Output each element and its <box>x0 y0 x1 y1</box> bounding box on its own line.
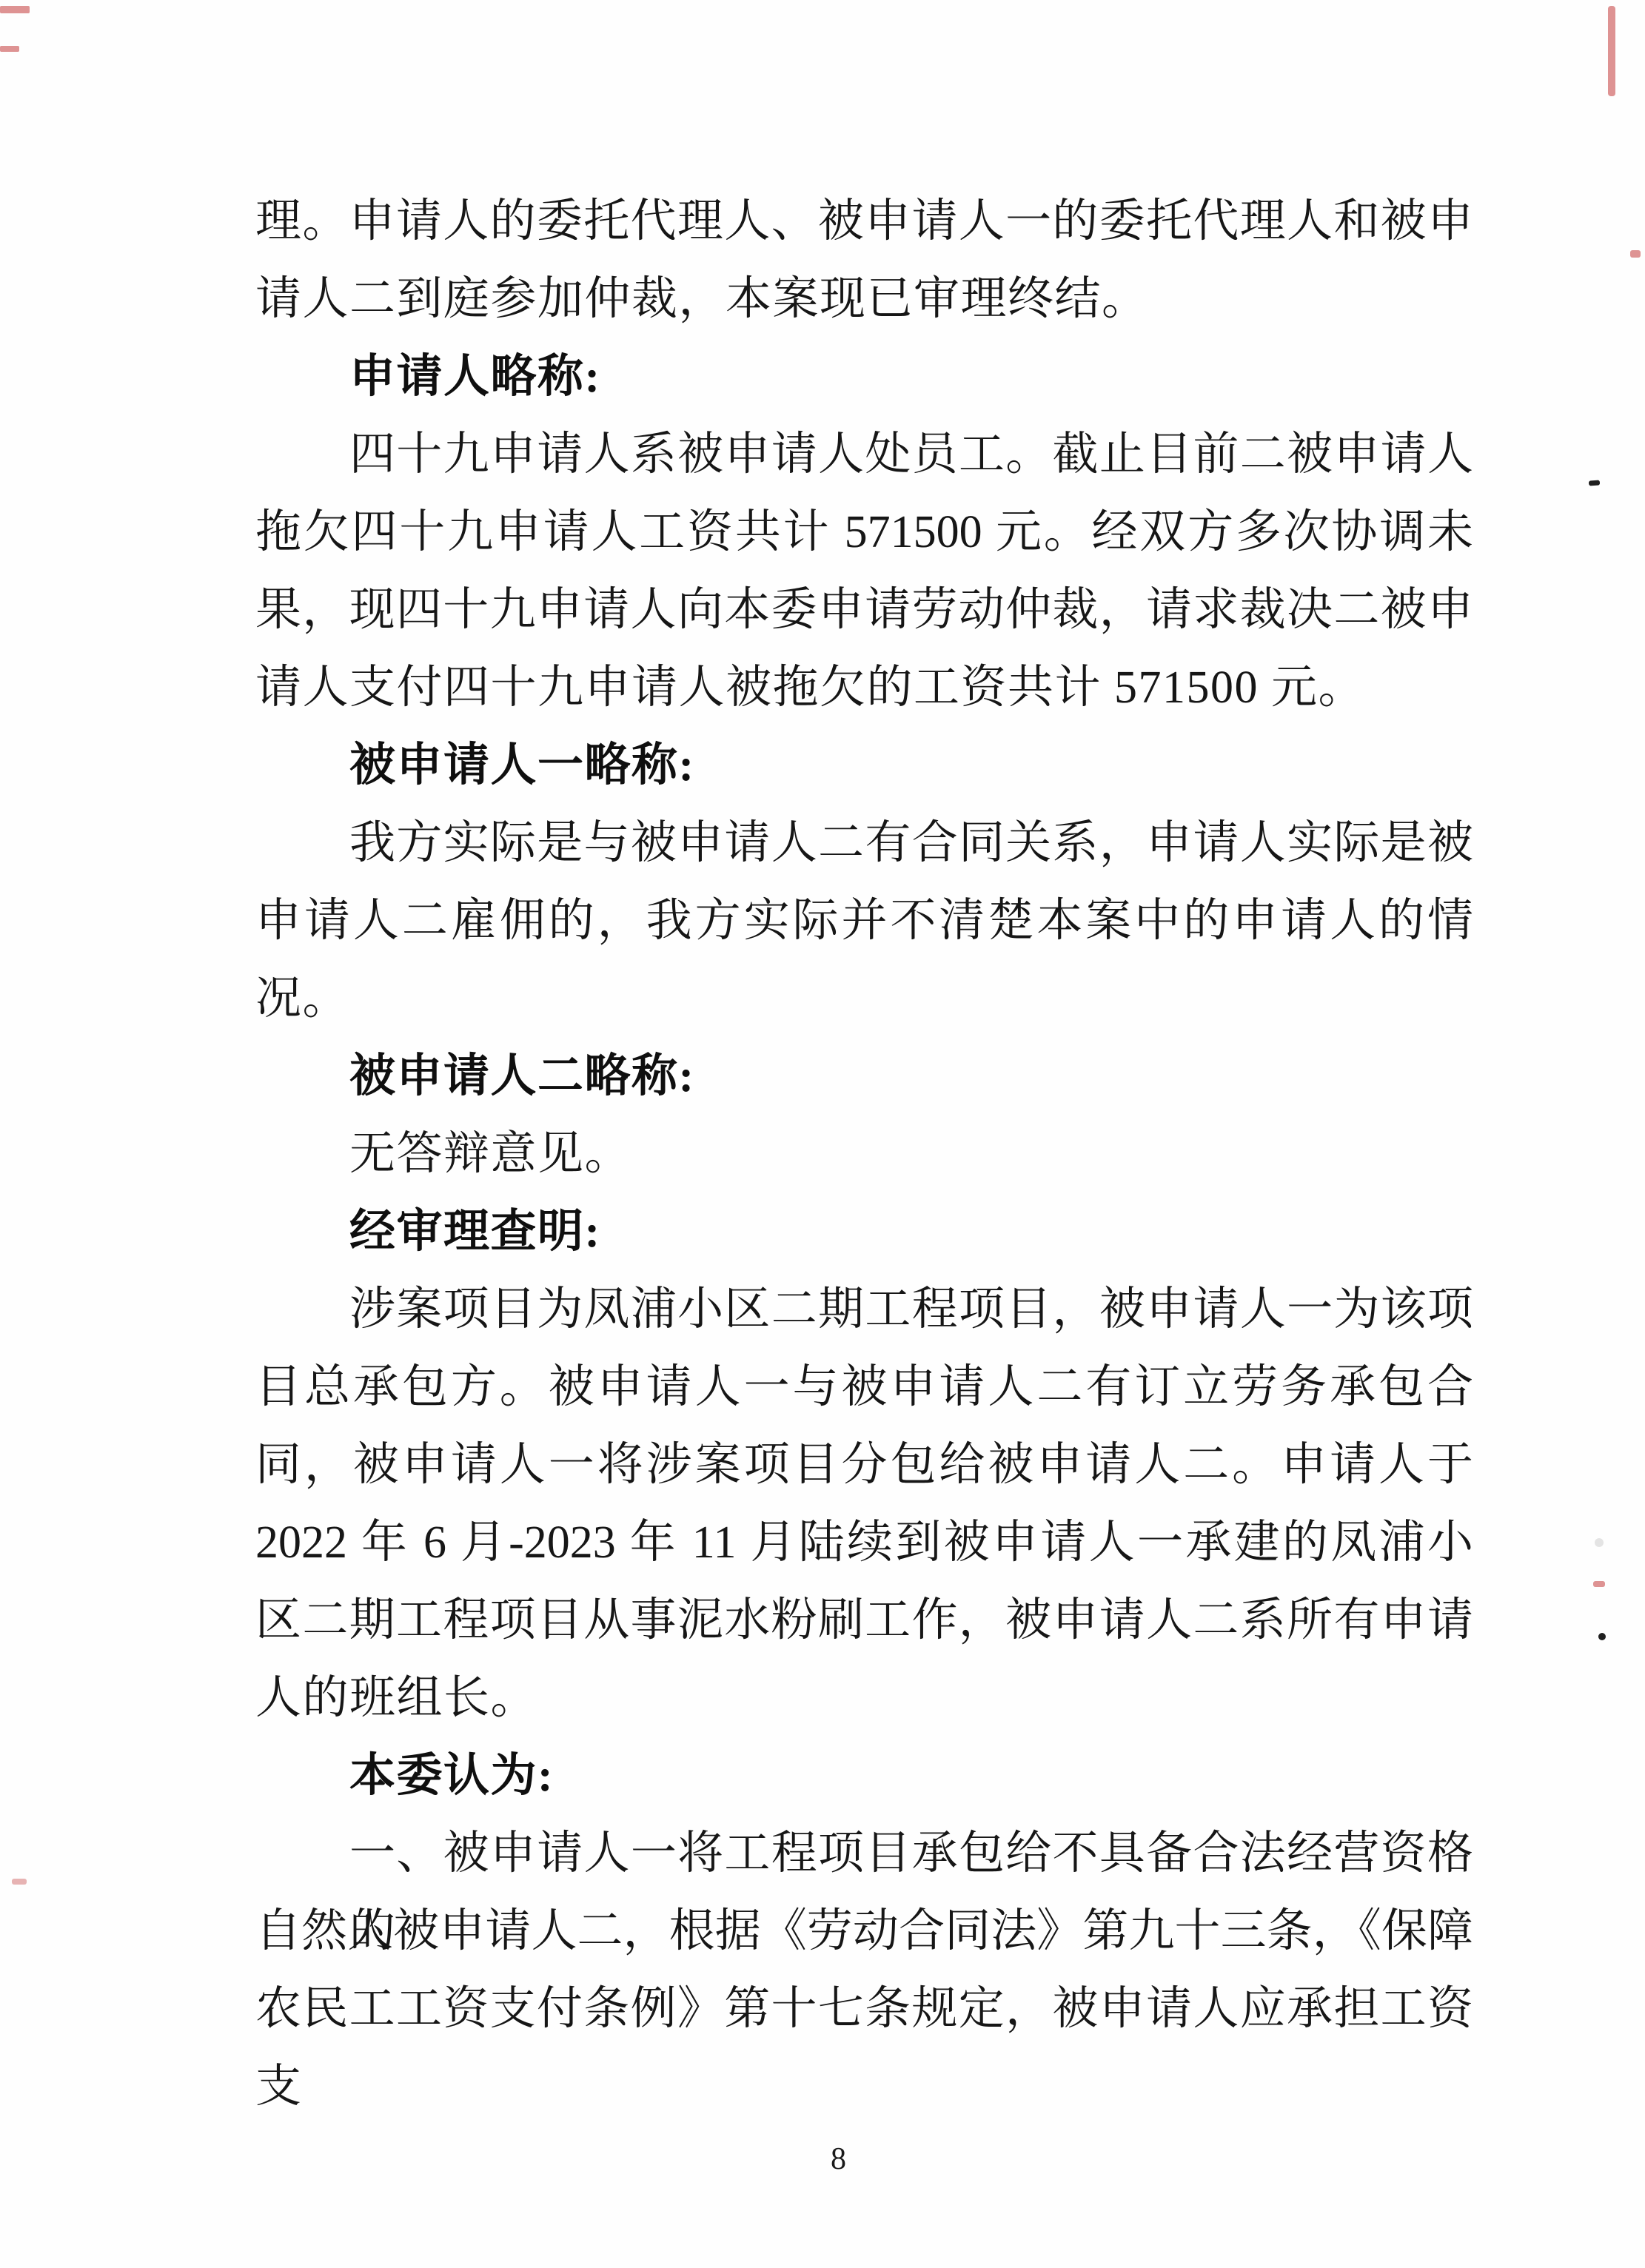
text-line: 涉案项目为凤浦小区二期工程项目，被申请人一为该项 <box>255 1271 1473 1349</box>
text-line: 同，被申请人一将涉案项目分包给被申请人二。申请人于 <box>255 1426 1473 1504</box>
text-line: 请人支付四十九申请人被拖欠的工资共计 571500 元。 <box>255 649 1473 727</box>
section-heading: 申请人略称: <box>255 338 1473 416</box>
section-heading: 经审理查明: <box>255 1193 1473 1271</box>
text-line: 目总承包方。被申请人一与被申请人二有订立劳务承包合 <box>255 1349 1473 1426</box>
text-line: 一、被申请人一将工程项目承包给不具备合法经营资格的 <box>255 1815 1473 1893</box>
scan-red-mark <box>0 46 19 52</box>
text-line: 理。申请人的委托代理人、被申请人一的委托代理人和被申 <box>255 183 1473 261</box>
section-heading: 被申请人二略称: <box>255 1038 1473 1115</box>
section-heading: 本委认为: <box>255 1737 1473 1815</box>
scan-speck <box>1598 1633 1606 1640</box>
text-line: 四十九申请人系被申请人处员工。截止目前二被申请人 <box>255 416 1473 494</box>
section-heading: 被申请人一略称: <box>255 727 1473 805</box>
scan-red-mark <box>1608 6 1615 96</box>
text-line: 2022 年 6 月-2023 年 11 月陆续到被申请人一承建的凤浦小 <box>255 1504 1473 1582</box>
page-number: 8 <box>831 2144 846 2175</box>
text-line: 无答辩意见。 <box>255 1115 1473 1193</box>
scan-red-mark <box>12 1879 27 1885</box>
scan-red-mark <box>0 6 30 13</box>
text-line: 况。 <box>255 960 1473 1038</box>
text-line: 区二期工程项目从事泥水粉刷工作，被申请人二系所有申请 <box>255 1582 1473 1660</box>
text-line: 农民工工资支付条例》第十七条规定，被申请人应承担工资支 <box>255 1970 1473 2048</box>
scan-speck <box>1589 480 1600 486</box>
text-line: 果，现四十九申请人向本委申请劳动仲裁，请求裁决二被申 <box>255 571 1473 649</box>
scan-red-mark <box>1593 1581 1605 1587</box>
document-page: 理。申请人的委托代理人、被申请人一的委托代理人和被申请人二到庭参加仲裁，本案现已… <box>0 0 1645 2268</box>
text-line: 自然人被申请人二，根据《劳动合同法》第九十三条，《保障 <box>255 1893 1473 1970</box>
text-line: 我方实际是与被申请人二有合同关系，申请人实际是被 <box>255 805 1473 882</box>
scan-red-mark <box>1630 250 1641 258</box>
text-line: 拖欠四十九申请人工资共计 571500 元。经双方多次协调未 <box>255 494 1473 571</box>
text-line: 申请人二雇佣的，我方实际并不清楚本案中的申请人的情 <box>255 882 1473 960</box>
text-line: 人的班组长。 <box>255 1660 1473 1737</box>
document-body: 理。申请人的委托代理人、被申请人一的委托代理人和被申请人二到庭参加仲裁，本案现已… <box>255 183 1473 2048</box>
text-line: 请人二到庭参加仲裁，本案现已审理终结。 <box>255 261 1473 338</box>
scan-smudge <box>1595 1538 1604 1547</box>
